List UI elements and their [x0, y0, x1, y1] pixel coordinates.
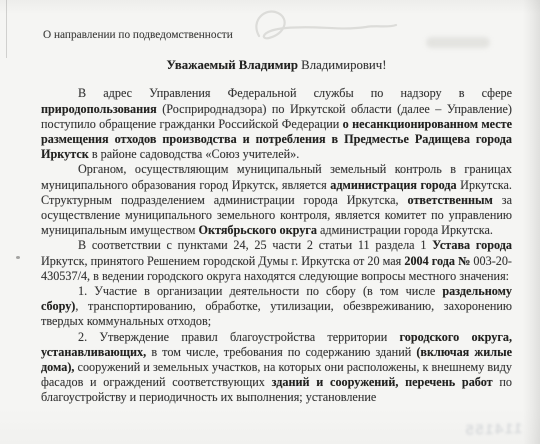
- paragraph-charter: В соответствии с пунктами 24, 25 части 2…: [41, 238, 512, 284]
- page-number-showthrough: 114155: [463, 420, 522, 439]
- scanned-letter-page: 114155 О направлении по подведомственнос…: [0, 0, 540, 444]
- document-body: О направлении по подведомственностиУважа…: [41, 0, 512, 406]
- margin-speck: [16, 256, 20, 259]
- salutation: Уважаемый Владимир Владимирович!: [41, 58, 512, 73]
- paragraph-municipal-control: Органом, осуществляющим муниципальный зе…: [41, 162, 512, 238]
- paragraph-appeal: В адрес Управления Федеральной службы по…: [41, 86, 512, 162]
- list-item-1: 1. Участие в организации деятельности по…: [41, 284, 512, 330]
- subject-line: О направлении по подведомственности: [43, 28, 512, 43]
- list-item-2: 2. Утверждение правил благоустройства те…: [41, 330, 512, 406]
